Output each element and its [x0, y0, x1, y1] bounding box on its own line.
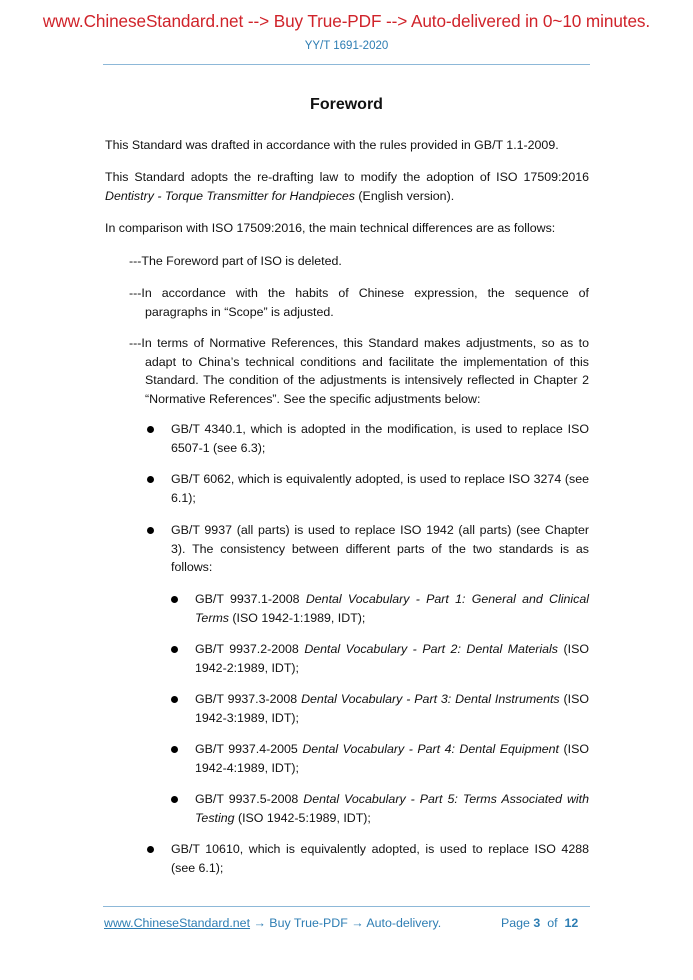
sub-list-item: GB/T 9937.4-2005 Dental Vocabulary - Par…: [171, 740, 589, 777]
footer-promo: www.ChineseStandard.net → Buy True-PDF →…: [104, 916, 441, 930]
list-item-text: GB/T 6062, which is equivalently adopted…: [171, 470, 589, 507]
footer-site-link[interactable]: www.ChineseStandard.net: [104, 916, 250, 930]
page-title: Foreword: [0, 96, 693, 114]
page-indicator: Page 3 of 12: [501, 916, 578, 930]
list-item-text: GB/T 9937 (all parts) is used to replace…: [171, 521, 589, 577]
bullet-icon: [171, 796, 178, 803]
total-pages: 12: [564, 916, 578, 930]
sub-list-item-text: GB/T 9937.5-2008 Dental Vocabulary - Par…: [195, 790, 589, 827]
dash-item: ---In accordance with the habits of Chin…: [129, 284, 589, 321]
list-item: GB/T 9937 (all parts) is used to replace…: [147, 521, 589, 577]
document-code: YY/T 1691-2020: [0, 40, 693, 52]
adoption-text: This Standard adopts the re-drafting law…: [105, 170, 589, 184]
list-item-text: GB/T 4340.1, which is adopted in the mod…: [171, 420, 589, 457]
list-item-text: GB/T 10610, which is equivalently adopte…: [171, 840, 589, 877]
header-divider: [103, 64, 590, 65]
sub-list-item-text: GB/T 9937.3-2008 Dental Vocabulary - Par…: [195, 690, 589, 727]
iso-title: Dentistry - Torque Transmitter for Handp…: [105, 189, 355, 203]
sub-list-item: GB/T 9937.5-2008 Dental Vocabulary - Par…: [171, 790, 589, 827]
list-item: GB/T 10610, which is equivalently adopte…: [147, 840, 589, 877]
current-page: 3: [533, 916, 540, 930]
bullet-icon: [171, 696, 178, 703]
footer-divider: [103, 906, 590, 907]
list-item: GB/T 6062, which is equivalently adopted…: [147, 470, 589, 507]
paragraph-adoption: This Standard adopts the re-drafting law…: [105, 168, 589, 205]
bullet-icon: [171, 596, 178, 603]
sub-list-item-text: GB/T 9937.4-2005 Dental Vocabulary - Par…: [195, 740, 589, 777]
bullet-icon: [147, 527, 154, 534]
sub-list-item: GB/T 9937.3-2008 Dental Vocabulary - Par…: [171, 690, 589, 727]
footer-tail: → Buy True-PDF → Auto-delivery.: [250, 916, 441, 930]
dash-item: ---In terms of Normative References, thi…: [129, 334, 589, 408]
list-item: GB/T 4340.1, which is adopted in the mod…: [147, 420, 589, 457]
sub-list-item: GB/T 9937.2-2008 Dental Vocabulary - Par…: [171, 640, 589, 677]
bullet-icon: [147, 476, 154, 483]
bullet-icon: [147, 846, 154, 853]
dash-item: ---The Foreword part of ISO is deleted.: [129, 252, 589, 271]
adoption-suffix: (English version).: [355, 189, 454, 203]
bullet-icon: [147, 426, 154, 433]
sub-list-item-text: GB/T 9937.2-2008 Dental Vocabulary - Par…: [195, 640, 589, 677]
bullet-icon: [171, 746, 178, 753]
promo-banner[interactable]: www.ChineseStandard.net --> Buy True-PDF…: [0, 11, 693, 32]
sub-list-item-text: GB/T 9937.1-2008 Dental Vocabulary - Par…: [195, 590, 589, 627]
bullet-icon: [171, 646, 178, 653]
paragraph-differences-intro: In comparison with ISO 17509:2016, the m…: [105, 219, 589, 238]
sub-list-item: GB/T 9937.1-2008 Dental Vocabulary - Par…: [171, 590, 589, 627]
paragraph-drafting-rules: This Standard was drafted in accordance …: [105, 136, 589, 155]
